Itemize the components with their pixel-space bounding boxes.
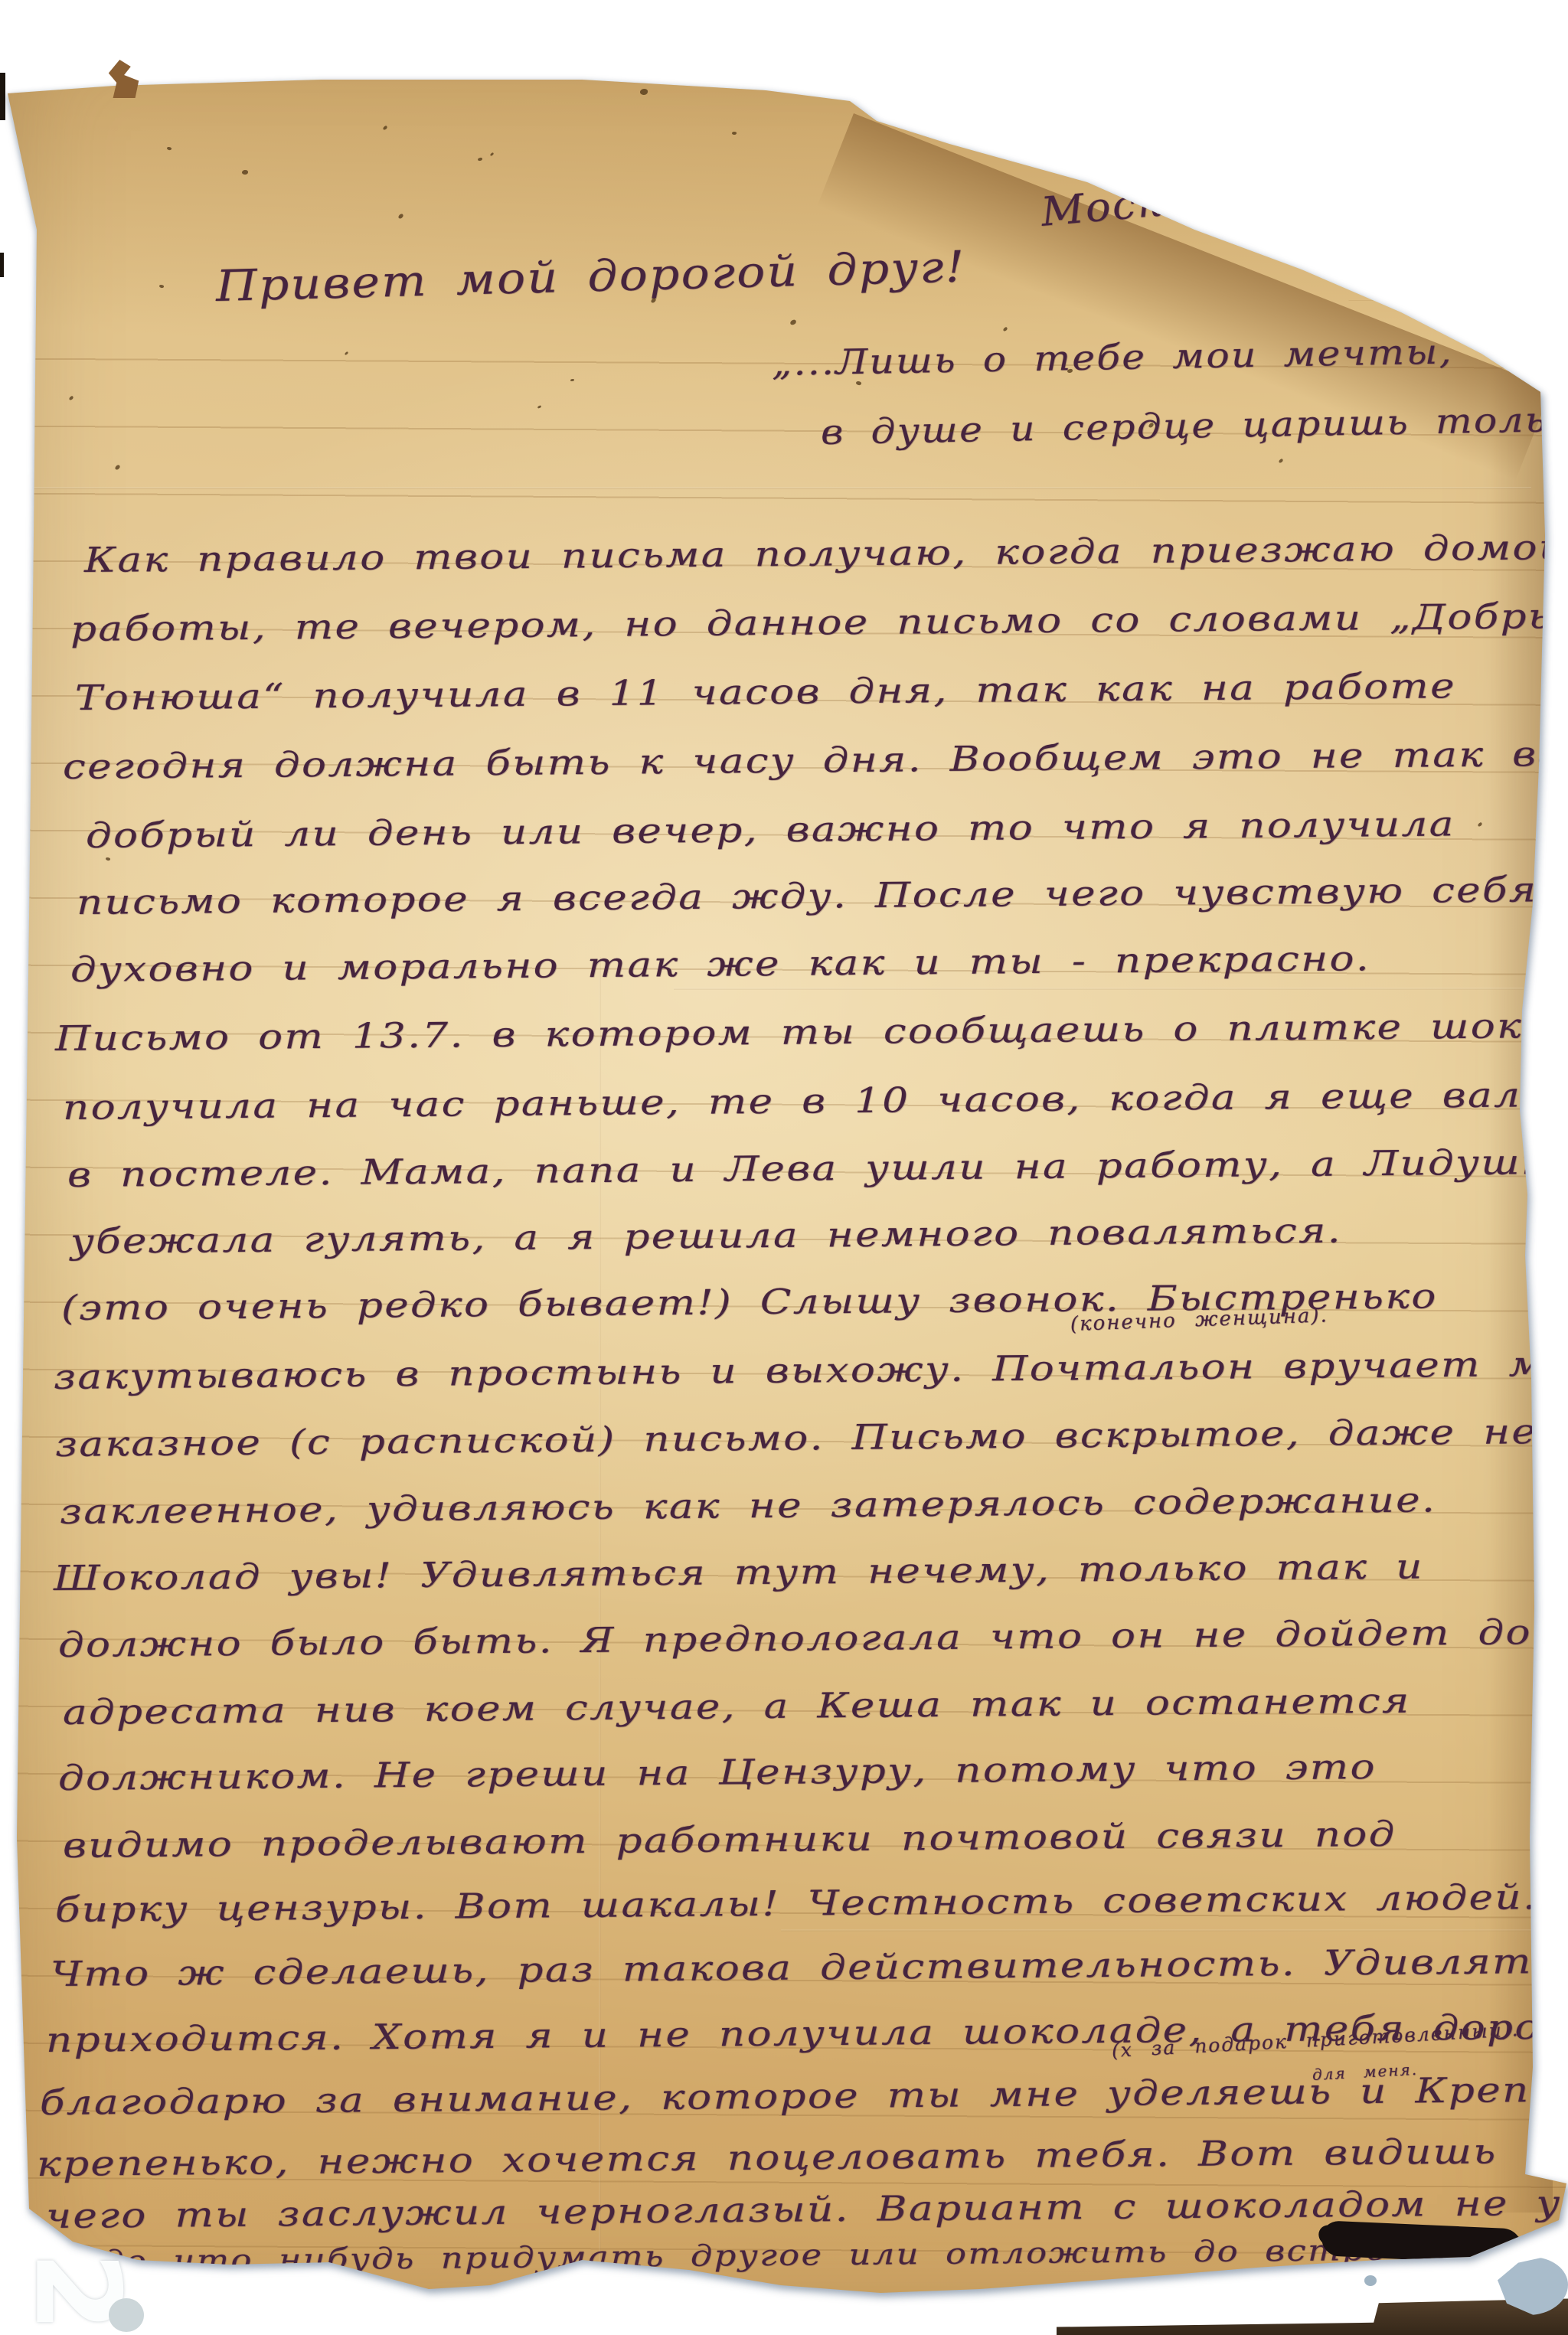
paper-speck — [429, 72, 433, 76]
letter-line: сегодня должна быть к часу дня. Вообщем … — [63, 733, 1568, 787]
letter-line: должником. Не греши на Цензуру, потому ч… — [58, 1746, 1377, 1798]
paper-speck — [114, 464, 121, 470]
letter-line: Тонюша“ получила в 11 часов дня, так как… — [75, 665, 1456, 718]
paper-speck — [242, 170, 249, 175]
letter-line: крепенько, нежно хочется поцеловать тебя… — [37, 2131, 1498, 2184]
paper-speck — [68, 396, 73, 401]
paper-speck — [397, 213, 404, 219]
letter-scan: Москва 24.7.44. Привет мой дорогой друг!… — [0, 0, 1568, 2335]
letter-line: духовно и морально так же как и ты - пре… — [70, 938, 1371, 990]
letter-line: заклеенное, удивляюсь как не затерялось … — [60, 1479, 1437, 1532]
crease-horizontal-middle — [674, 988, 1524, 990]
paper-speck — [570, 379, 574, 381]
paper-speck — [1200, 44, 1205, 47]
paper-speck — [490, 152, 495, 156]
letter-line: получила на час раньше, те в 10 часов, к… — [63, 1073, 1568, 1128]
scan-edge-mark — [0, 253, 4, 277]
letter-line: убежала гулять, а я решила немного повал… — [70, 1210, 1342, 1262]
paper-speck — [789, 319, 797, 325]
letter-line: Шоколад увы! Удивляться тут нечему, толь… — [54, 1546, 1424, 1599]
date-line: Москва 24.7.44. — [1039, 156, 1429, 236]
crease-horizontal-bottom — [781, 1929, 1531, 1932]
greeting-line: Привет мой дорогой друг! — [215, 242, 966, 312]
paper-speck — [345, 351, 349, 355]
letter-line: должно было быть. Я предпологала что он … — [58, 1612, 1532, 1665]
letter-line: в постеле. Мама, папа и Лева ушли на раб… — [67, 1141, 1568, 1195]
letter-paper: Москва 24.7.44. Привет мой дорогой друг!… — [0, 0, 1568, 2335]
paper-speck — [1002, 327, 1008, 332]
crease-horizontal-top — [31, 487, 1531, 489]
letter-line: Письмо от 13.7. в котором ты сообщаешь о… — [55, 1004, 1568, 1059]
paper-speck — [158, 284, 164, 289]
scan-dot-artifact — [109, 2298, 144, 2332]
letter-line: работы, те вечером, но данное письмо со … — [70, 594, 1568, 649]
scan-edge-mark — [0, 73, 5, 120]
paper-speck — [105, 857, 110, 861]
paper-speck — [1477, 822, 1482, 828]
paper-speck — [732, 132, 737, 136]
letter-line: Как правило твои письма получаю, когда п… — [84, 527, 1568, 580]
letter-line: Что ж сделаешь, раз такова действительно… — [51, 1939, 1568, 1994]
letter-line: видимо проделывают работники почтовой св… — [63, 1814, 1396, 1866]
paper-speck — [1278, 459, 1283, 464]
letter-line: закутываюсь в простынь и выхожу. Почталь… — [54, 1343, 1568, 1397]
paper-speck — [166, 146, 171, 151]
paper-speck — [537, 405, 542, 409]
letter-line: заказное (с распиской) письмо. Письмо вс… — [55, 1411, 1538, 1465]
right-edge-shading — [1488, 360, 1553, 2213]
letter-line: адресата нив коем случае, а Кеша так и о… — [63, 1680, 1411, 1732]
paper-wrap: Москва 24.7.44. Привет мой дорогой друг!… — [0, 0, 1568, 2335]
letter-line: письмо которое я всегда жду. После чего … — [77, 869, 1538, 923]
letter-line: добрый ли день или вечер, важно то что я… — [86, 803, 1455, 856]
letter-line: надо что нибудь придумать другое или отл… — [55, 2232, 1448, 2278]
letter-line: бирку цензуры. Вот шакалы! Честность сов… — [55, 1876, 1538, 1930]
paper-speck — [478, 158, 482, 162]
paper-speck — [640, 88, 648, 95]
blue-scan-speck — [1364, 2275, 1377, 2286]
paper-speck — [382, 126, 387, 131]
